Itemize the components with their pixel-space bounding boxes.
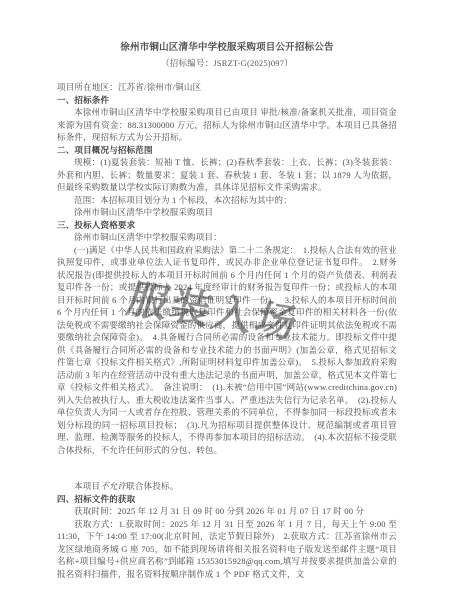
section3-heading: 三、投标人资格要求 <box>57 219 397 232</box>
section4-heading: 四、招标文件的获取 <box>57 493 397 506</box>
announcement-title: 徐州市铜山区清华中学校服采购项目公开招标公告 <box>57 42 397 55</box>
section1-paragraph: 本徐州市铜山区清华中学校服采购项目已由项目 审批/核准/备案机关批准，项目资金来… <box>57 106 397 144</box>
section3-project-line: 徐州市铜山区清华中学校服采购项目： <box>57 231 397 244</box>
section2-scope-paragraph: 范围：本招标项目划分为 1 个标段，本次招标为其中的： <box>57 194 397 207</box>
section2-scale-paragraph: 规模：(1)夏装套装：短袖 T 恤、长裤；(2)春秋季套装：上衣、长裤；(3)冬… <box>57 156 397 194</box>
project-location-line: 项目所在地区：江苏省/徐州市/铜山区 <box>57 81 397 94</box>
consortium-note-prefix: 本项目 <box>74 481 100 491</box>
section3-qualifications-paragraph: (一)满足《中华人民共和国政府采购法》第二十二条规定： 1.投标人合法有效的营业… <box>57 244 397 457</box>
section2-project-name-line: 徐州市铜山区清华中学校服采购项目 <box>57 206 397 219</box>
consortium-note-suffix: 联合体投标。 <box>126 481 178 491</box>
document-page: 服装入场 徐州市铜山区清华中学校服采购项目公开招标公告 （招标编号：JSRZT-… <box>0 0 450 600</box>
section1-heading: 一、招标条件 <box>57 94 397 107</box>
section4-time-paragraph: 获取时间：2025 年 12 月 31 日 09 时 00 分到 2026 年 … <box>57 505 397 518</box>
section4-method-paragraph: 获取方式：1.获取时间：2025 年 12 月 31 日至 2026 年 1 月… <box>57 518 397 581</box>
section2-heading: 二、项目概况与招标范围 <box>57 144 397 157</box>
document-content: 徐州市铜山区清华中学校服采购项目公开招标公告 （招标编号：JSRZT-G(202… <box>57 42 397 580</box>
tender-reference-number: （招标编号：JSRZT-G(2025)097） <box>57 57 397 70</box>
consortium-note-emphasis: 不允许 <box>100 481 126 491</box>
consortium-note-line: 本项目不允许联合体投标。 <box>57 480 397 493</box>
